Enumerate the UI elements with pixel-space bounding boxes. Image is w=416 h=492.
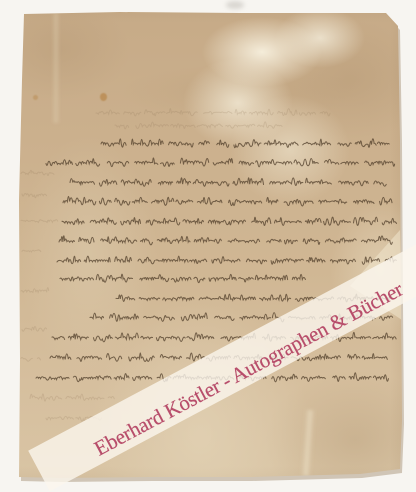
margin-ghost-mark <box>22 327 47 332</box>
margin-ghost-mark <box>22 194 47 198</box>
handwritten-line <box>57 256 396 264</box>
margin-ghost-mark <box>21 170 54 175</box>
handwritten-line <box>101 139 389 148</box>
handwritten-line <box>62 217 397 225</box>
handwritten-line <box>70 178 386 186</box>
handwritten-line <box>60 274 305 282</box>
ghost-line <box>30 394 114 401</box>
handwritten-line <box>59 236 392 245</box>
handwriting-block <box>0 0 416 492</box>
handwritten-line <box>63 196 392 206</box>
letter-photo: Eberhard Köstler - Autographen & Bücher <box>0 0 416 492</box>
margin-ghost-mark <box>21 358 41 362</box>
ghost-line <box>115 122 282 129</box>
margin-ghost-mark <box>21 288 49 293</box>
handwritten-line <box>46 158 395 167</box>
margin-ghost-mark <box>21 220 58 223</box>
letter-sheet <box>0 0 416 492</box>
background-smudge <box>226 1 244 9</box>
ghost-line <box>96 109 330 116</box>
margin-ghost-mark <box>22 250 41 252</box>
